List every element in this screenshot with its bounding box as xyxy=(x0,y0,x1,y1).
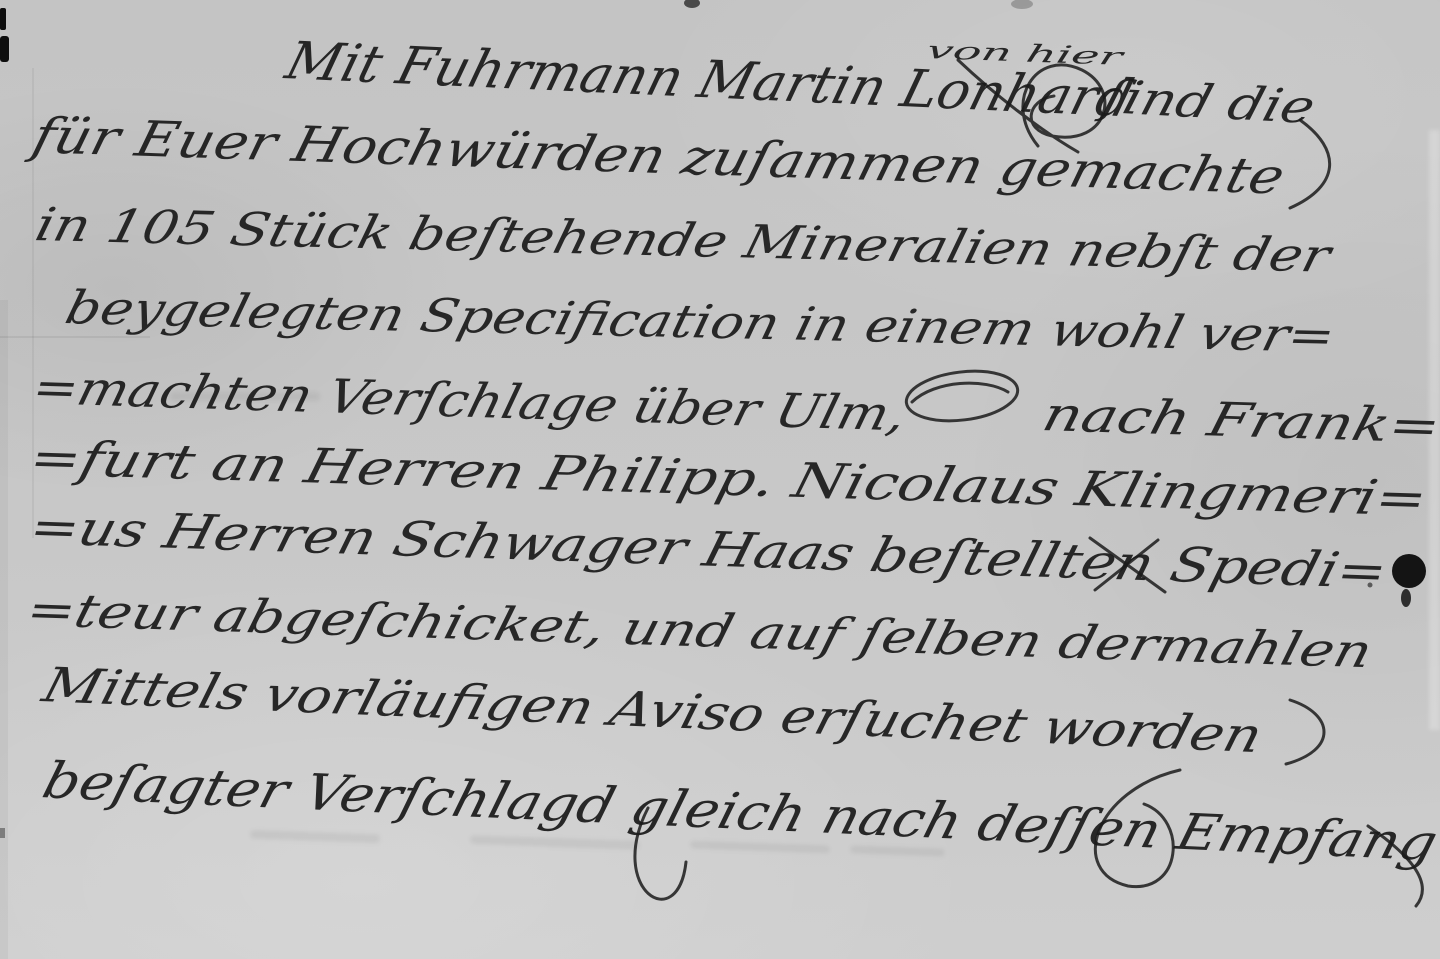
ink-blot-drip xyxy=(1401,589,1411,607)
deleted-word-strike xyxy=(912,383,1008,402)
scan-edge-mark xyxy=(1011,0,1033,9)
scan-edge-mark xyxy=(0,828,5,838)
ink-blot xyxy=(1392,554,1426,588)
handwriting-layer: Mit Fuhrmann Martin Lonhard ſind die von… xyxy=(0,0,1440,959)
manuscript-line-5: =machten Verſchlage über Ulm, xyxy=(27,361,912,442)
pen-flourish-line-9-end xyxy=(1286,700,1324,764)
manuscript-line-8: =teur abgeſchicket, und auf ſelben derma… xyxy=(21,583,1377,678)
manuscript-line-3: in 105 Stück beſtehende Mineralien nebſt… xyxy=(30,198,1339,283)
scan-edge-mark xyxy=(684,0,700,8)
manuscript-scan-page: Mit Fuhrmann Martin Lonhard ſind die von… xyxy=(0,0,1440,959)
manuscript-line-9: Mittels vorläufigen Aviso erſuchet worde… xyxy=(36,658,1268,764)
pen-flourish-line-2-end xyxy=(1290,120,1330,208)
scan-edge-mark xyxy=(0,8,6,30)
manuscript-line-5-continued: nach Frank= xyxy=(1037,388,1440,454)
scan-edge-mark xyxy=(0,36,9,62)
manuscript-line-10: beſagter Verſchlagd gleich nach deſſen E… xyxy=(37,751,1440,872)
manuscript-line-1-continued: ſind die xyxy=(1094,70,1321,134)
manuscript-line-4: beygelegten Specification in einem wohl … xyxy=(60,281,1340,363)
ink-speck xyxy=(1368,583,1373,588)
